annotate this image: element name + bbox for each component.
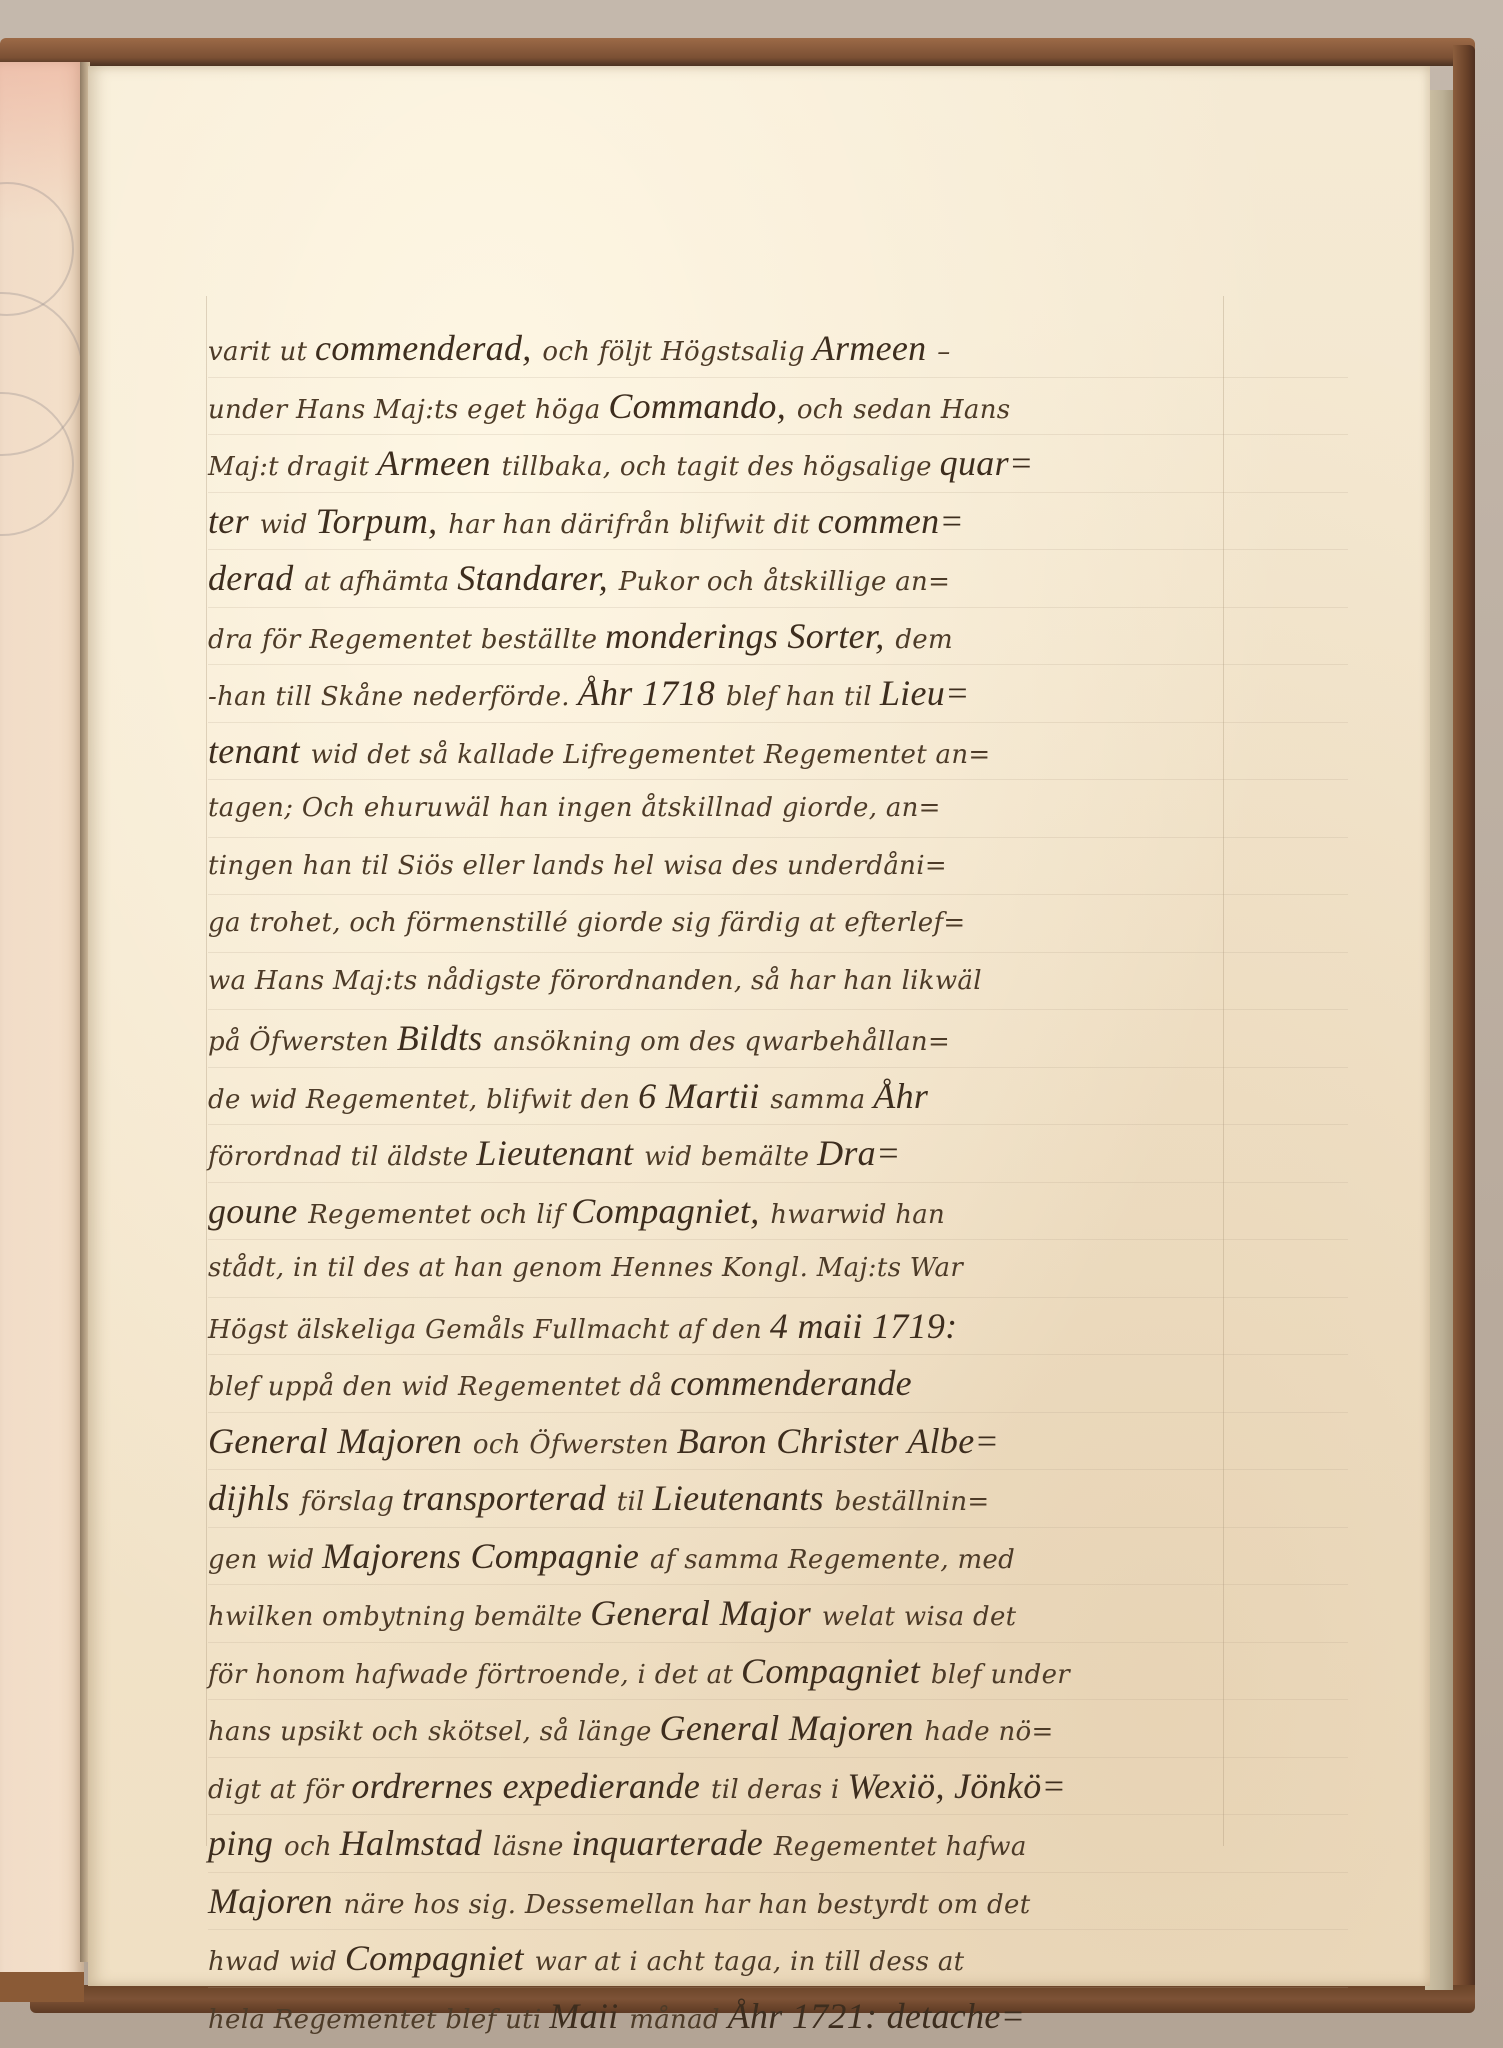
- manuscript-line: Maj:t dragitArmeentillbaka, och tagit de…: [208, 435, 1348, 493]
- cursive-word: Pukor och åtskillige an=: [619, 567, 950, 597]
- antiqua-word: commenderande: [670, 1363, 912, 1403]
- cursive-word: månad: [629, 2005, 720, 2035]
- antiqua-word: Armeen: [377, 443, 491, 483]
- cursive-word: tagen; Och ehuruwäl han ingen åtskillnad…: [208, 793, 941, 823]
- antiqua-word: Lieutenant: [476, 1133, 633, 1173]
- cursive-word: och Öfwersten: [473, 1430, 669, 1460]
- cursive-word: tingen han til Siös eller lands hel wisa…: [208, 851, 947, 881]
- cursive-word: dra för Regementet beställte: [208, 625, 597, 655]
- cursive-word: wid det så kallade Lifregementet Regemen…: [311, 740, 991, 770]
- cursive-word: varit ut: [208, 337, 307, 367]
- manuscript-line: General Majorenoch ÖfwerstenBaron Christ…: [208, 1413, 1348, 1471]
- manuscript-line: de wid Regementet, blifwit den6 Martiisa…: [208, 1068, 1348, 1126]
- cursive-word: dem: [895, 625, 953, 655]
- cursive-word: hade nö=: [924, 1717, 1053, 1747]
- manuscript-line: tingen han til Siös eller lands hel wisa…: [208, 838, 1348, 896]
- cursive-word: gen wid: [208, 1545, 314, 1575]
- antiqua-word: Baron Christer Albe=: [677, 1421, 999, 1461]
- cursive-word: hela Regementet blef uti: [208, 2005, 541, 2035]
- cursive-word: under Hans Maj:ts eget höga: [208, 395, 601, 425]
- cursive-word: –: [937, 337, 950, 367]
- antiqua-word: Compagniet,: [571, 1191, 759, 1231]
- cursive-word: Maj:t dragit: [208, 452, 369, 482]
- cursive-word: hwad wid: [208, 1947, 337, 1977]
- cursive-word: läsne: [493, 1832, 564, 1862]
- manuscript-line: Högst älskeliga Gemåls Fullmacht af den4…: [208, 1298, 1348, 1356]
- antiqua-word: monderings Sorter,: [605, 616, 884, 656]
- manuscript-line: Majorennäre hos sig. Dessemellan har han…: [208, 1873, 1348, 1931]
- manuscript-line: hwilken ombytning bemälteGeneral Majorwe…: [208, 1585, 1348, 1643]
- cursive-word: har han därifrån blifwit dit: [448, 510, 810, 540]
- cursive-word: stådt, in til des at han genom Hennes Ko…: [208, 1253, 963, 1283]
- cursive-word: och: [284, 1832, 332, 1862]
- antiqua-word: Armeen: [813, 328, 927, 368]
- antiqua-word: Bildts: [397, 1018, 483, 1058]
- cursive-word: war at i acht taga, in till dess at: [535, 1947, 965, 1977]
- manuscript-line: pingochHalmstadläsneinquarteradeRegement…: [208, 1815, 1348, 1873]
- cursive-word: de wid Regementet, blifwit den: [208, 1085, 630, 1115]
- antiqua-word: Dra=: [817, 1133, 901, 1173]
- cursive-word: för honom hafwade förtroende, i det at: [208, 1660, 733, 1690]
- antiqua-word: Majorens Compagnie: [322, 1536, 639, 1576]
- cursive-word: til deras i: [711, 1775, 840, 1805]
- manuscript-line: på ÖfwerstenBildtsansökning om des qwarb…: [208, 1010, 1348, 1068]
- antiqua-word: Lieutenants: [653, 1478, 824, 1518]
- cursive-word: ga trohet, och förmenstillé giorde sig f…: [208, 908, 965, 938]
- cursive-word: Regementet och lif: [308, 1200, 563, 1230]
- margin-rule-left: [206, 296, 207, 1846]
- antiqua-word: goune: [208, 1191, 297, 1231]
- cursive-word: af samma Regemente, med: [650, 1545, 1015, 1575]
- cursive-word: blef han til: [726, 682, 872, 712]
- manuscript-line: för honom hafwade förtroende, i det atCo…: [208, 1643, 1348, 1701]
- cursive-word: digt at för: [208, 1775, 344, 1805]
- manuscript-line: dijhlsförslagtransporteradtilLieutenants…: [208, 1470, 1348, 1528]
- manuscript-line: terwidTorpum,har han därifrån blifwit di…: [208, 493, 1348, 551]
- cursive-word: Regementet hafwa: [774, 1832, 1027, 1862]
- antiqua-word: Halmstad: [340, 1823, 482, 1863]
- antiqua-word: ordrernes expedierande: [351, 1766, 700, 1806]
- manuscript-line: deradat afhämtaStandarer,Pukor och åtski…: [208, 550, 1348, 608]
- handwritten-text-block: varit utcommenderad,och följt Högstsalig…: [208, 320, 1348, 2045]
- antiqua-word: Majoren: [208, 1881, 333, 1921]
- facing-left-page: [0, 62, 84, 2002]
- manuscript-line: under Hans Maj:ts eget högaCommando,och …: [208, 378, 1348, 436]
- antiqua-word: dijhls: [208, 1478, 290, 1518]
- antiqua-word: Åhr 1718: [578, 673, 715, 713]
- book-cover-right-edge: [1453, 45, 1475, 2000]
- cursive-word: tillbaka, och tagit des högsalige: [502, 452, 932, 482]
- cursive-word: hwilken ombytning bemälte: [208, 1602, 582, 1632]
- cursive-word: hwarwid han: [770, 1200, 945, 1230]
- cursive-word: samma: [770, 1085, 865, 1115]
- antiqua-word: Commando,: [608, 386, 786, 426]
- manuscript-line: varit utcommenderad,och följt Högstsalig…: [208, 320, 1348, 378]
- manuscript-line: tenantwid det så kallade Lifregementet R…: [208, 723, 1348, 781]
- cursive-word: beställnin=: [835, 1487, 990, 1517]
- manuscript-line: ga trohet, och förmenstillé giorde sig f…: [208, 895, 1348, 953]
- antiqua-word: Wexiö, Jönkö=: [847, 1766, 1066, 1806]
- antiqua-word: commenderad,: [315, 328, 532, 368]
- antiqua-word: Standarer,: [457, 558, 608, 598]
- cursive-word: wid bemälte: [644, 1142, 809, 1172]
- manuscript-line: gouneRegementet och lifCompagniet,hwarwi…: [208, 1183, 1348, 1241]
- antiqua-word: Compagniet: [345, 1938, 524, 1978]
- antiqua-word: tenant: [208, 731, 300, 771]
- cursive-word: welat wisa det: [822, 1602, 1017, 1632]
- manuscript-line: hela Regementet blef utiMaiimånadÅhr 172…: [208, 1988, 1348, 2046]
- cursive-word: förslag: [301, 1487, 395, 1517]
- antiqua-word: 4 maii 1719:: [770, 1306, 958, 1346]
- antiqua-word: 6 Martii: [638, 1076, 759, 1116]
- antiqua-word: transporterad: [402, 1478, 606, 1518]
- cursive-word: til: [617, 1487, 645, 1517]
- antiqua-word: ter: [208, 501, 249, 541]
- cursive-word: Högst älskeliga Gemåls Fullmacht af den: [208, 1315, 762, 1345]
- antiqua-word: Åhr: [873, 1076, 928, 1116]
- manuscript-line: blef uppå den wid Regementet dåcommender…: [208, 1355, 1348, 1413]
- antiqua-word: Åhr 1721: detache=: [728, 1996, 1026, 2036]
- cursive-word: ansökning om des qwarbehållan=: [493, 1027, 950, 1057]
- antiqua-word: derad: [208, 558, 294, 598]
- antiqua-word: Lieu=: [880, 673, 970, 713]
- manuscript-line: hans upsikt och skötsel, så längeGeneral…: [208, 1700, 1348, 1758]
- cursive-word: at afhämta: [304, 567, 449, 597]
- cursive-word: och följt Högstsalig: [542, 337, 804, 367]
- manuscript-line: förordnad til äldsteLieutenantwid bemält…: [208, 1125, 1348, 1183]
- antiqua-word: quar=: [940, 443, 1034, 483]
- antiqua-word: Compagniet: [741, 1651, 920, 1691]
- manuscript-line: hwad widCompagnietwar at i acht taga, in…: [208, 1930, 1348, 1988]
- manuscript-line: -han till Skåne nederförde.Åhr 1718blef …: [208, 665, 1348, 723]
- manuscript-line: wa Hans Maj:ts nådigste förordnanden, så…: [208, 953, 1348, 1011]
- cursive-word: -han till Skåne nederförde.: [208, 682, 570, 712]
- cursive-word: blef uppå den wid Regementet då: [208, 1372, 662, 1402]
- left-cover-edge: [0, 1972, 84, 2002]
- antiqua-word: General Majoren: [660, 1708, 914, 1748]
- antiqua-word: Maii: [549, 1996, 618, 2036]
- cursive-word: och sedan Hans: [797, 395, 1011, 425]
- cursive-word: förordnad til äldste: [208, 1142, 469, 1172]
- antiqua-word: Torpum,: [316, 501, 438, 541]
- book-cover-top-edge: [0, 38, 1475, 66]
- antiqua-word: General Majoren: [208, 1421, 462, 1461]
- cursive-word: blef under: [931, 1660, 1070, 1690]
- cursive-word: näre hos sig. Dessemellan har han bestyr…: [344, 1890, 1031, 1920]
- antiqua-word: inquarterade: [571, 1823, 763, 1863]
- cursive-word: på Öfwersten: [208, 1027, 389, 1057]
- manuscript-line: dra för Regementet beställtemonderings S…: [208, 608, 1348, 666]
- cursive-word: wa Hans Maj:ts nådigste förordnanden, så…: [208, 966, 982, 996]
- manuscript-line: stådt, in til des at han genom Hennes Ko…: [208, 1240, 1348, 1298]
- antiqua-word: ping: [208, 1823, 273, 1863]
- manuscript-page: varit utcommenderad,och följt Högstsalig…: [88, 66, 1430, 1986]
- cursive-word: hans upsikt och skötsel, så länge: [208, 1717, 652, 1747]
- antiqua-word: commen=: [818, 501, 964, 541]
- antiqua-word: General Major: [590, 1593, 811, 1633]
- cursive-word: wid: [260, 510, 308, 540]
- manuscript-line: digt at förordrernes expedierandetil der…: [208, 1758, 1348, 1816]
- manuscript-line: tagen; Och ehuruwäl han ingen åtskillnad…: [208, 780, 1348, 838]
- manuscript-line: gen widMajorens Compagnieaf samma Regeme…: [208, 1528, 1348, 1586]
